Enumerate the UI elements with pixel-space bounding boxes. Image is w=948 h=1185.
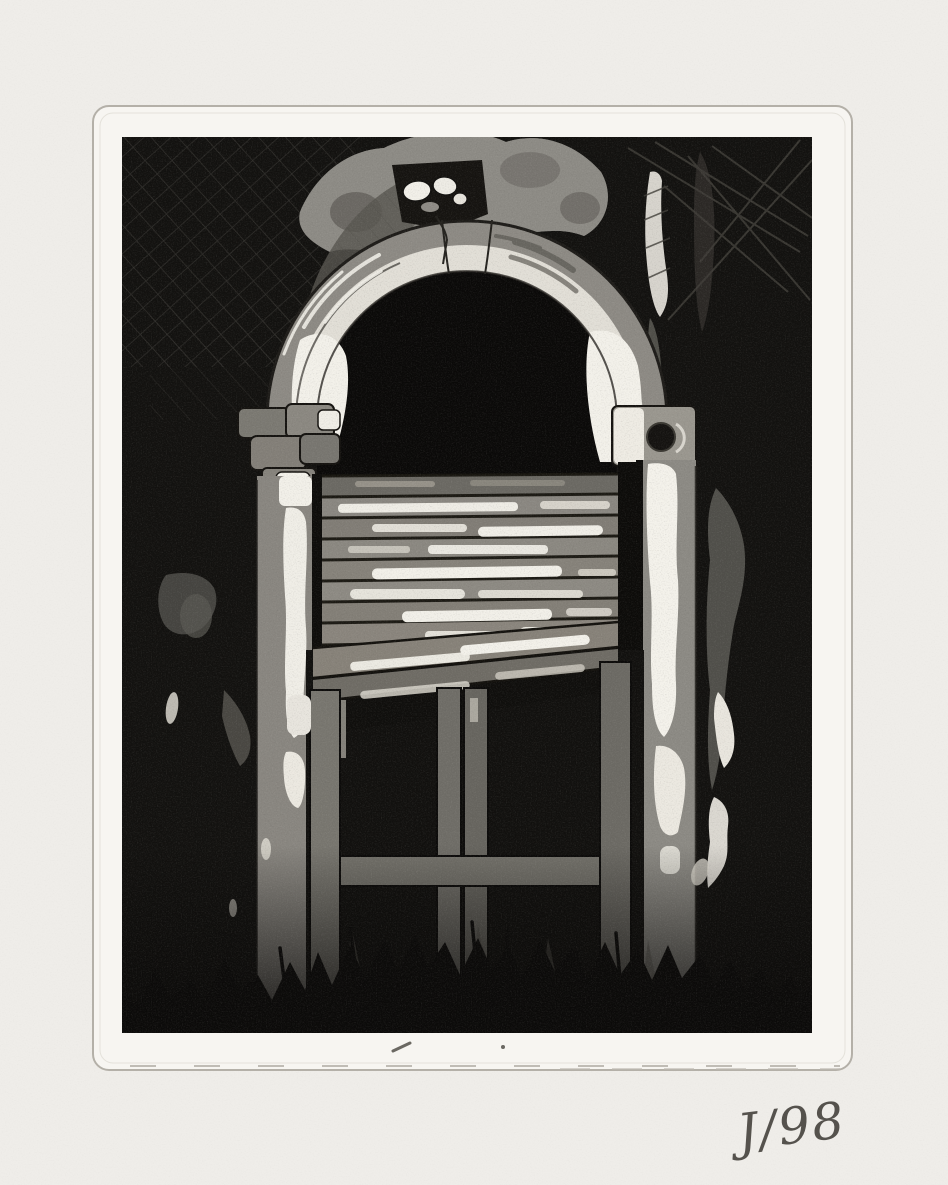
- aquatint-grain-dark: [122, 137, 812, 1033]
- etching-print-sheet: J/98: [0, 0, 948, 1185]
- etching-print: J/98: [0, 0, 948, 1185]
